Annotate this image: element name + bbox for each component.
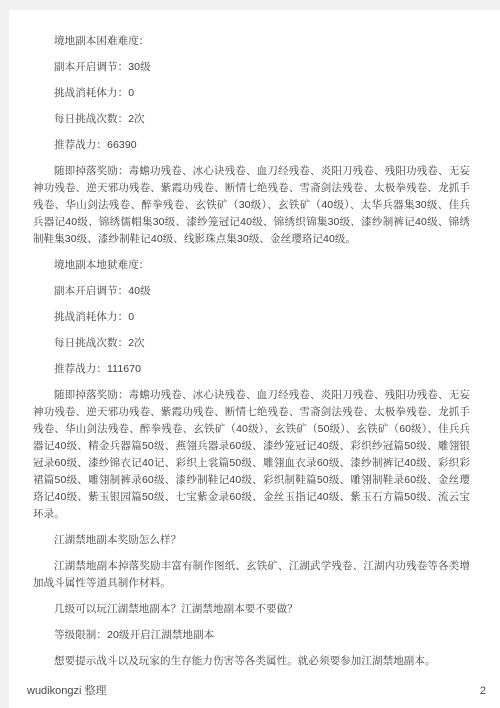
stat-stamina-cost-hell: 挑战消耗体力：0 (33, 309, 470, 326)
stat-recommended-power-hard: 推荐战力：66390 (33, 137, 470, 154)
rewards-list-hard: 随即掉落奖励：毒蟾功残卷、冰心诀残卷、血刀经残卷、炎阳刀残卷、残阳功残卷、无妄神… (33, 163, 470, 248)
stat-daily-attempts-hell: 每日挑战次数：2次 (33, 335, 470, 352)
question-rewards: 江湖禁地副本奖励怎么样？ (33, 532, 470, 549)
stat-recommended-power-hell: 推荐战力：111670 (33, 361, 470, 378)
stat-open-level-hard: 副本开启调节：30级 (33, 59, 470, 76)
footer-credit: wudikongzi 整理 (27, 682, 106, 698)
rewards-list-hell: 随即掉落奖励：毒蟾功残卷、冰心诀残卷、血刀经残卷、炎阳刀残卷、残阳功残卷、无妄神… (33, 387, 470, 523)
stat-stamina-cost-hard: 挑战消耗体力：0 (33, 85, 470, 102)
question-level-requirement: 几级可以玩江湖禁地副本？江湖禁地副本要不要做？ (33, 601, 470, 618)
document-page: 境地副本困难难度： 副本开启调节：30级 挑战消耗体力：0 每日挑战次数：2次 … (9, 10, 500, 708)
stat-open-level-hell: 副本开启调节：40级 (33, 283, 470, 300)
stat-daily-attempts-hard: 每日挑战次数：2次 (33, 111, 470, 128)
answer-rewards: 江湖禁地副本掉落奖励丰富有制作图纸、玄铁矿、江湖武学残卷、江湖内功残卷等各类增加… (33, 558, 470, 592)
page-footer: wudikongzi 整理 2 (27, 682, 486, 698)
heading-hell-difficulty: 境地副本地狱难度： (33, 257, 470, 274)
footer-page-number: 2 (480, 685, 486, 697)
heading-hard-difficulty: 境地副本困难难度： (33, 33, 470, 50)
answer-participation: 想要提示战斗以及玩家的生存能力伤害等各类属性。就必须要参加江湖禁地副本。 (33, 653, 470, 670)
document-body: 境地副本困难难度： 副本开启调节：30级 挑战消耗体力：0 每日挑战次数：2次 … (9, 10, 500, 670)
answer-level-limit: 等级限制：20级开启江湖禁地副本 (33, 627, 470, 644)
document-viewer: 境地副本困难难度： 副本开启调节：30级 挑战消耗体力：0 每日挑战次数：2次 … (0, 0, 500, 708)
